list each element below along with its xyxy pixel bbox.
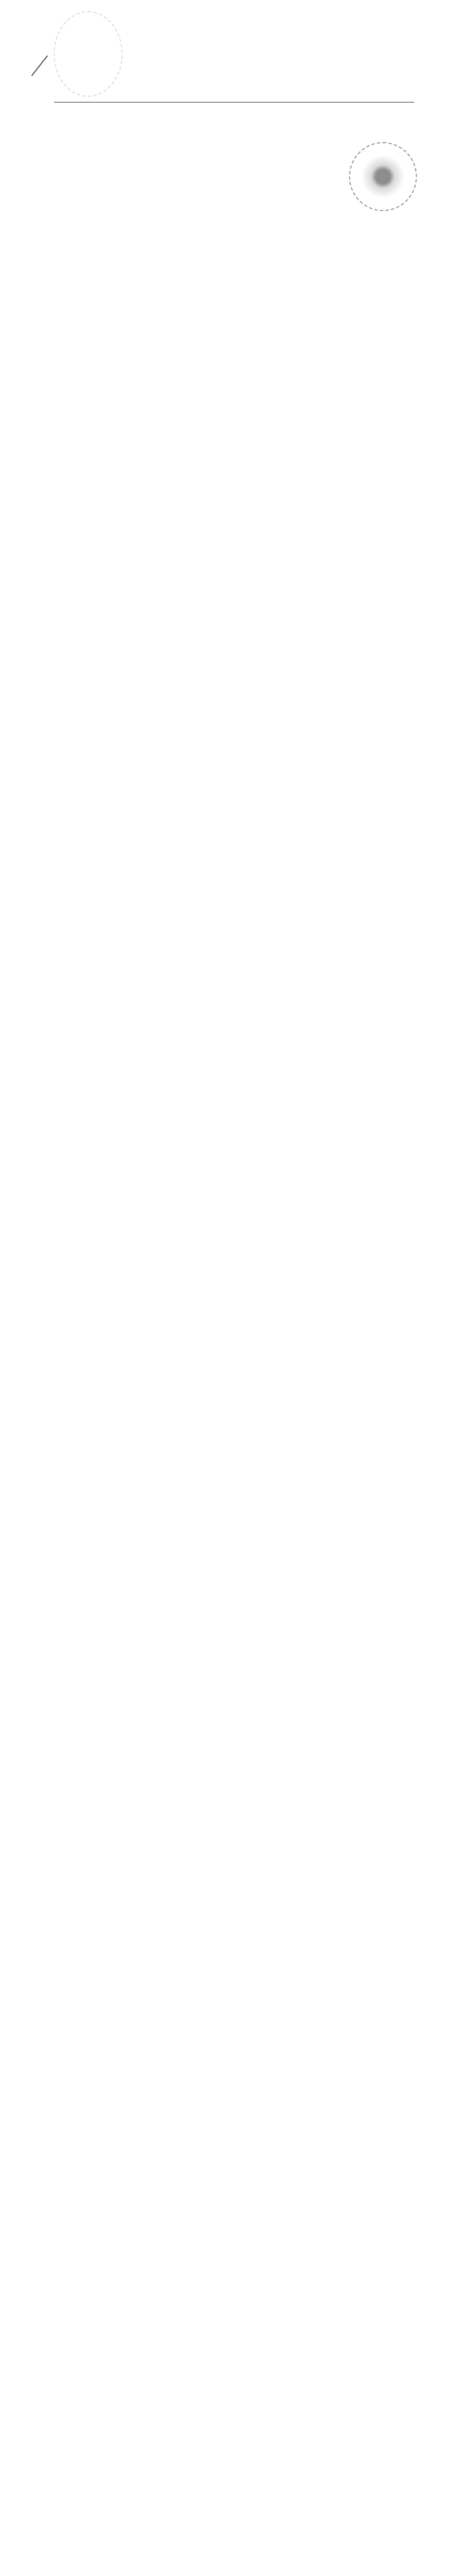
document-page-1 — [0, 0, 466, 643]
faint-stamp-ghost — [54, 11, 123, 97]
pen-mark — [31, 55, 48, 76]
notary-seal — [349, 142, 417, 211]
header-rule — [54, 102, 414, 103]
